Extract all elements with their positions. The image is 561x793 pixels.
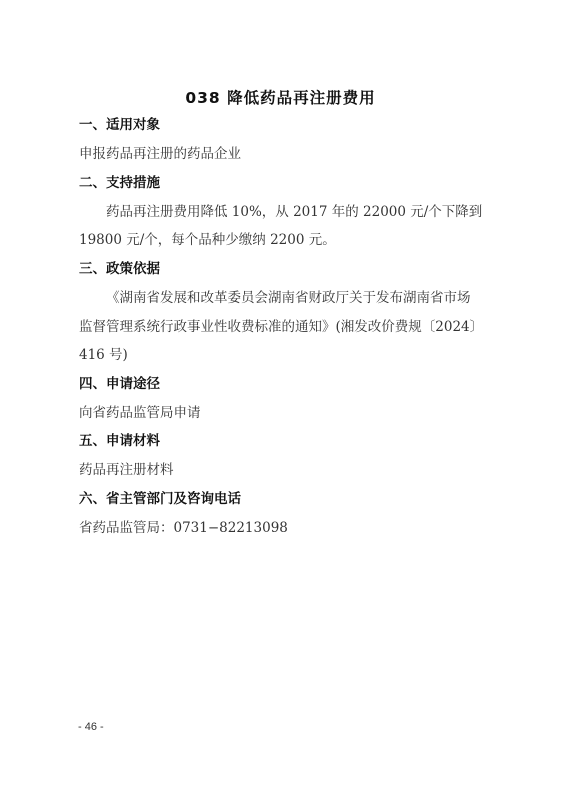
section-text-policy-basis-line-2: 监督管理系统行政事业性收费标准的通知》(湘发改价费规〔2024〕 bbox=[79, 318, 489, 336]
section-text-support-measures-line-2: 19800 元/个，每个品种少缴纳 2200 元。 bbox=[79, 231, 489, 249]
document-page: 038 降低药品再注册费用 一、适用对象 申报药品再注册的药品企业 二、支持措施… bbox=[0, 0, 561, 793]
section-text-application-materials: 药品再注册材料 bbox=[79, 461, 489, 479]
section-heading-application-materials: 五、申请材料 bbox=[79, 432, 489, 450]
section-text-policy-basis-line-3: 416 号) bbox=[79, 346, 489, 364]
page-number: - 46 - bbox=[78, 721, 104, 733]
section-heading-policy-basis: 三、政策依据 bbox=[79, 260, 489, 278]
section-text-application-channel: 向省药品监管局申请 bbox=[79, 404, 489, 422]
section-text-policy-basis-line-1: 《湖南省发展和改革委员会湖南省财政厅关于发布湖南省市场 bbox=[106, 289, 516, 307]
section-heading-support-measures: 二、支持措施 bbox=[79, 174, 489, 192]
section-text-department-contact: 省药品监管局：0731−82213098 bbox=[79, 519, 489, 537]
section-text-support-measures-line-1: 药品再注册费用降低 10%，从 2017 年的 22000 元/个下降到 bbox=[106, 203, 487, 221]
section-heading-applicable-objects: 一、适用对象 bbox=[79, 116, 489, 134]
section-heading-application-channel: 四、申请途径 bbox=[79, 375, 489, 393]
section-heading-department-contact: 六、省主管部门及咨询电话 bbox=[79, 490, 489, 508]
document-title: 038 降低药品再注册费用 bbox=[0, 86, 561, 108]
section-text-applicable-objects: 申报药品再注册的药品企业 bbox=[79, 145, 489, 163]
